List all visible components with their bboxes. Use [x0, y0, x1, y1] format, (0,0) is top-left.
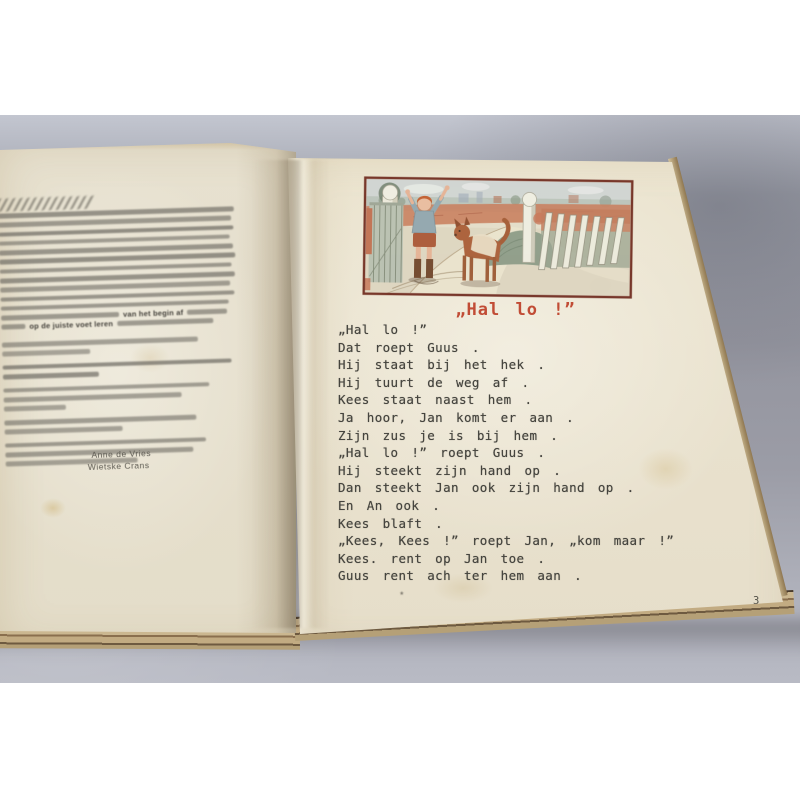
story-line: En An ook . — [338, 497, 674, 515]
blurred-text-line — [4, 392, 182, 402]
red-flower-corner — [364, 278, 370, 290]
illustration-print — [362, 176, 634, 299]
story-line: Kees blaft . — [338, 515, 674, 533]
story-line: Ja hoor, Jan komt er aan . — [338, 409, 674, 427]
photo-of-open-book: van het begin af op de juiste voet leren — [0, 115, 800, 683]
blurred-text-line — [3, 372, 99, 380]
story-line: Hij steekt zijn hand op . — [338, 462, 674, 480]
blurred-text-line — [4, 405, 66, 412]
preface-paragraph-1: van het begin af op de juiste voet leren — [0, 206, 241, 334]
preface-signature: Anne de Vries Wietske Crans — [91, 448, 151, 473]
blurred-text-line — [3, 358, 232, 370]
picket-fence — [539, 209, 631, 271]
wooden-gate — [368, 202, 403, 282]
red-bush-left — [366, 208, 373, 254]
story-line: Kees. rent op Jan toe . — [338, 550, 674, 568]
story-line: „Hal lo !” — [338, 321, 674, 339]
story-line: Kees staat naast hem . — [338, 391, 674, 409]
preface-bold-phrase: van het begin af — [123, 310, 183, 317]
story-title: „Hal lo !” — [343, 300, 688, 320]
illustration-boy-waving-at-gate-with-dog — [362, 176, 634, 299]
signature-line: Wietske Crans — [88, 460, 152, 473]
blurred-text-line-with-bold: op de juiste voet leren — [1, 318, 241, 330]
story-line: „Kees, Kees !” roept Jan, „kom maar !” — [338, 532, 674, 550]
left-page: van het begin af op de juiste voet leren — [0, 143, 296, 648]
blurred-text-line — [2, 337, 198, 348]
story-line: Guus rent ach ter hem aan . — [338, 567, 674, 585]
story-line: Hij tuurt de weg af . — [338, 374, 674, 392]
blurred-text-line — [4, 414, 196, 425]
story-line: Dat roept Guus . — [338, 339, 674, 357]
preface-bold-phrase: op de juiste voet leren — [29, 321, 113, 329]
footnote-mark: * — [400, 590, 404, 600]
blurred-text-line — [2, 349, 90, 356]
story-line: Dan steekt Jan ook zijn hand op . — [338, 479, 674, 497]
story-text: „Hal lo !” Dat roept Guus . Hij staat bi… — [338, 321, 674, 585]
left-page-content: van het begin af op de juiste voet leren — [0, 138, 305, 652]
story-line: Zijn zus je is bij hem . — [338, 427, 674, 445]
blurred-text-line — [5, 426, 123, 434]
story-line: Hij staat bij het hek . — [338, 356, 674, 374]
story-line: „Hal lo !” roept Guus . — [338, 444, 674, 462]
right-page: „Hal lo !” „Hal lo !” Dat roept Guus . H… — [283, 153, 793, 653]
preface-script-heading-illegible — [0, 196, 96, 212]
